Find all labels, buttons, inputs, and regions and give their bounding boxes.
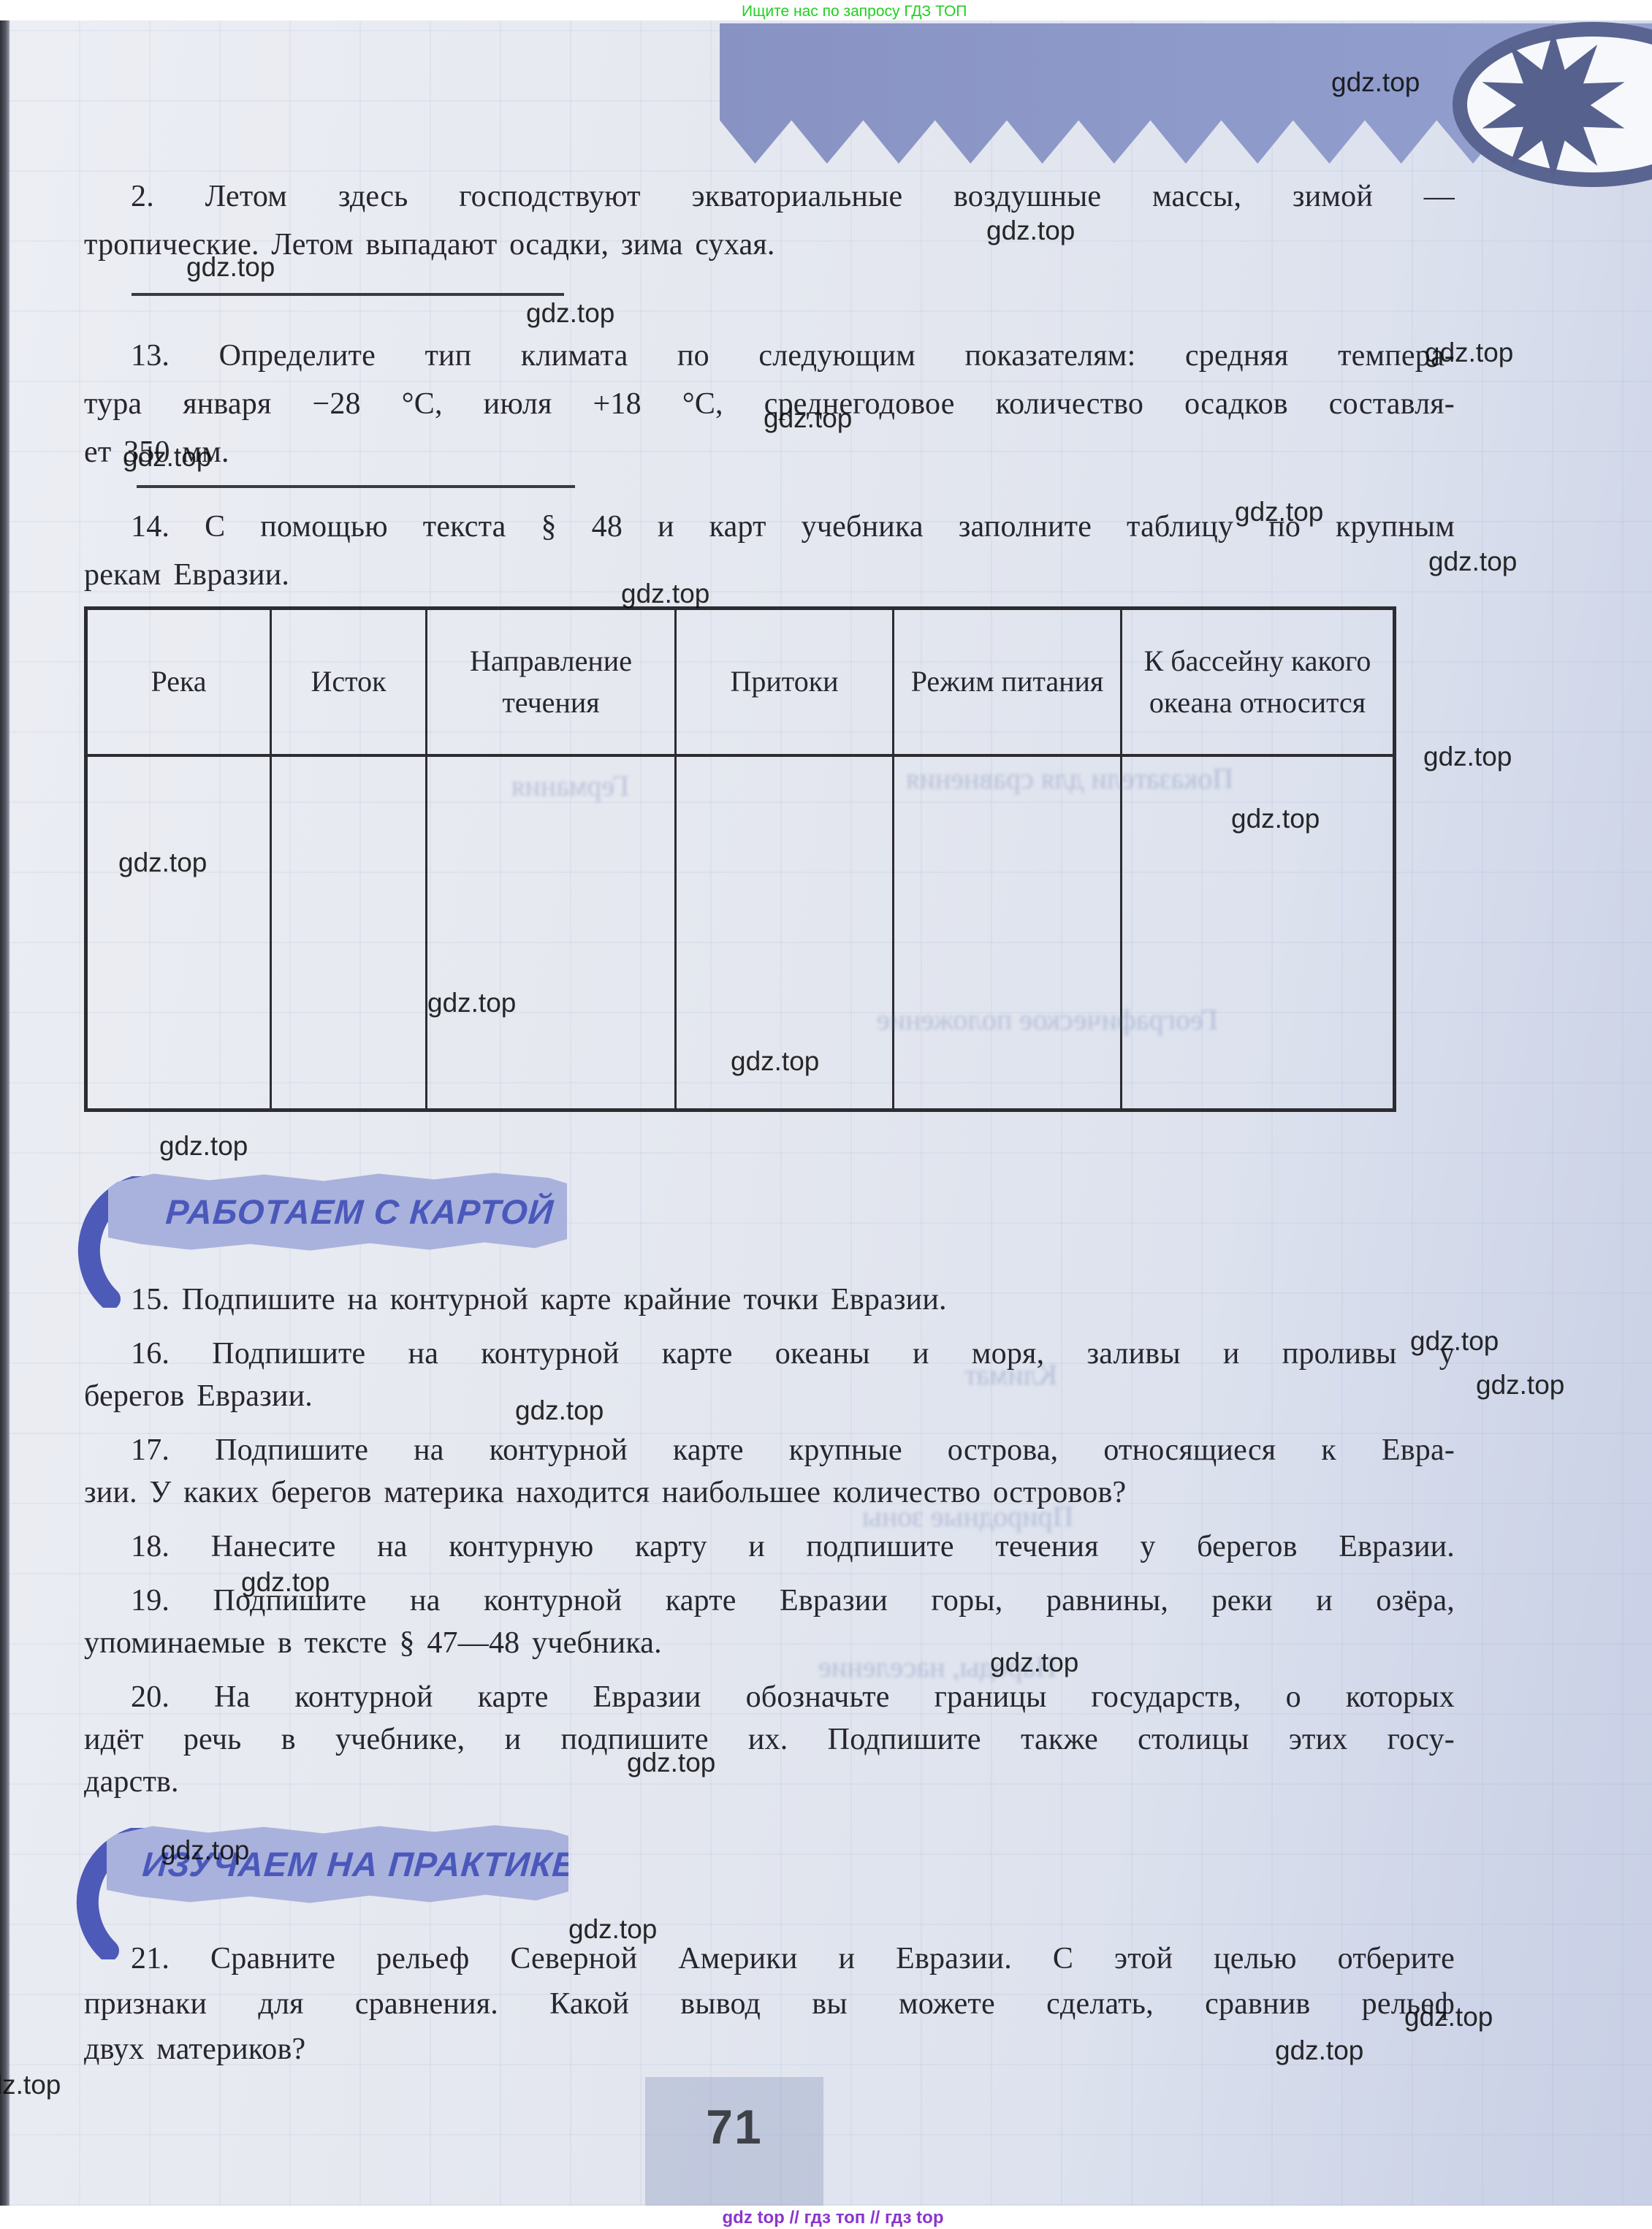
gdz-watermark: gdz.top xyxy=(1231,804,1320,834)
page-number: 71 xyxy=(645,2099,823,2154)
gdz-watermark: gdz.top xyxy=(161,1835,249,1866)
task-16: 16. Подпишите на контурной карте океаны … xyxy=(84,1333,1455,1417)
site-promo-text: Ищите нас по запросу ГДЗ ТОП xyxy=(742,3,967,20)
gdz-watermark: gdz.top xyxy=(764,403,852,434)
gdz-watermark: gdz.top xyxy=(1423,742,1512,772)
gdz-watermark: gdz.top xyxy=(986,216,1075,246)
gdz-watermark: gdz.top xyxy=(0,2070,61,2100)
task-21-line-2: признаки для сравнения. Какой вывод вы м… xyxy=(84,1981,1455,2027)
gdz-watermark: gdz.top xyxy=(621,579,709,609)
gdz-watermark: gdz.top xyxy=(1235,497,1323,527)
answer-line xyxy=(132,293,564,296)
gdz-watermark: gdz.top xyxy=(1425,338,1513,368)
task-21-line-1: 21. Сравните рельеф Северной Америки и Е… xyxy=(84,1936,1455,1981)
task-17: 17. Подпишите на контурной карте крупные… xyxy=(84,1429,1455,1514)
footer-watermark: gdz top // гдз топ // гдз top xyxy=(680,2208,986,2228)
task-17-line-2: зии. У каких берегов материка находится … xyxy=(84,1471,1455,1514)
gdz-watermark: gdz.top xyxy=(427,988,516,1018)
bleed-through-text: Климат xyxy=(964,1357,1057,1392)
task-19-line-2: упоминаемые в тексте § 47—48 учебника. xyxy=(84,1622,1455,1664)
starburst-icon xyxy=(1474,26,1632,184)
task-21: 21. Сравните рельеф Северной Америки и Е… xyxy=(84,1936,1455,2072)
gdz-watermark: gdz.top xyxy=(1410,1326,1499,1357)
book-spine-shadow xyxy=(0,20,9,2206)
page-number-band: 71 xyxy=(645,2077,823,2206)
task-2-line-1: 2. Летом здесь господствуют экваториальн… xyxy=(84,172,1455,221)
task-18-line-1: 18. Нанесите на контурную карту и подпиш… xyxy=(84,1525,1455,1568)
col-header-ocean-basin: К бассейну какого океана относится xyxy=(1122,610,1393,754)
gdz-watermark: gdz.top xyxy=(1404,2002,1493,2032)
gdz-watermark: gdz.top xyxy=(515,1395,604,1426)
task-2-line-2: тропические. Летом выпадают осадки, зима… xyxy=(84,221,1455,269)
col-header-tributaries: Притоки xyxy=(677,610,892,754)
gdz-watermark: gdz.top xyxy=(1476,1370,1564,1401)
task-20-line-3: дарств. xyxy=(84,1761,1455,1803)
bleed-through-text: Географическое положение xyxy=(877,1002,1218,1037)
task-16-line-1: 16. Подпишите на контурной карте океаны … xyxy=(84,1333,1455,1375)
task-15: 15. Подпишите на контурной карте крайние… xyxy=(84,1279,1455,1321)
workbook-page-scan: Ищите нас по запросу ГДЗ ТОП 2. Летом зд… xyxy=(0,0,1652,2229)
task-20-line-1: 20. На контурной карте Евразии обозначьт… xyxy=(84,1676,1455,1718)
answer-line xyxy=(137,485,575,488)
task-13-line-3: ет 350 мм. xyxy=(84,428,1455,476)
gdz-watermark: gdz.top xyxy=(186,252,275,283)
gdz-watermark: gdz.top xyxy=(568,1914,657,1945)
task-20: 20. На контурной карте Евразии обозначьт… xyxy=(84,1676,1455,1803)
col-header-direction: Направление течения xyxy=(427,610,674,754)
gdz-watermark: gdz.top xyxy=(123,442,211,473)
task-18: 18. Нанесите на контурную карту и подпиш… xyxy=(84,1525,1455,1568)
task-14-line-2: рекам Евразии. xyxy=(84,551,1455,599)
bleed-through-text: Показатели для сравнения xyxy=(906,761,1233,796)
bleed-through-text: Природные зоны xyxy=(862,1499,1073,1533)
gdz-watermark: gdz.top xyxy=(241,1567,330,1598)
task-16-line-2: берегов Евразии. xyxy=(84,1375,1455,1417)
task-21-line-3: двух материков? xyxy=(84,2027,1455,2072)
section-banner-map: РАБОТАЕМ С КАРТОЙ xyxy=(108,1170,567,1252)
gdz-watermark: gdz.top xyxy=(1275,2035,1363,2066)
task-17-line-1: 17. Подпишите на контурной карте крупные… xyxy=(84,1429,1455,1471)
bleed-through-text: Германия xyxy=(511,769,629,803)
gdz-watermark: gdz.top xyxy=(990,1647,1078,1678)
col-header-regime: Режим питания xyxy=(894,610,1120,754)
col-header-source: Исток xyxy=(272,610,425,754)
gdz-watermark: gdz.top xyxy=(1428,546,1517,577)
gdz-watermark: gdz.top xyxy=(118,847,207,878)
gdz-watermark: gdz.top xyxy=(159,1131,248,1162)
gdz-watermark: gdz.top xyxy=(1331,67,1420,98)
table-header-rule xyxy=(88,754,1393,757)
gdz-watermark: gdz.top xyxy=(731,1046,819,1077)
task-20-line-2: идёт речь в учебнике, и подпишите их. По… xyxy=(84,1718,1455,1761)
section-banner-map-label: РАБОТАЕМ С КАРТОЙ xyxy=(121,1192,555,1232)
task-15-line-1: 15. Подпишите на контурной карте крайние… xyxy=(84,1279,1455,1321)
gdz-watermark: gdz.top xyxy=(526,298,614,329)
task-13-line-1: 13. Определите тип климата по следующим … xyxy=(84,332,1455,380)
col-header-river: Река xyxy=(88,610,270,754)
gdz-watermark: gdz.top xyxy=(627,1748,715,1778)
task-2: 2. Летом здесь господствуют экваториальн… xyxy=(84,172,1455,269)
